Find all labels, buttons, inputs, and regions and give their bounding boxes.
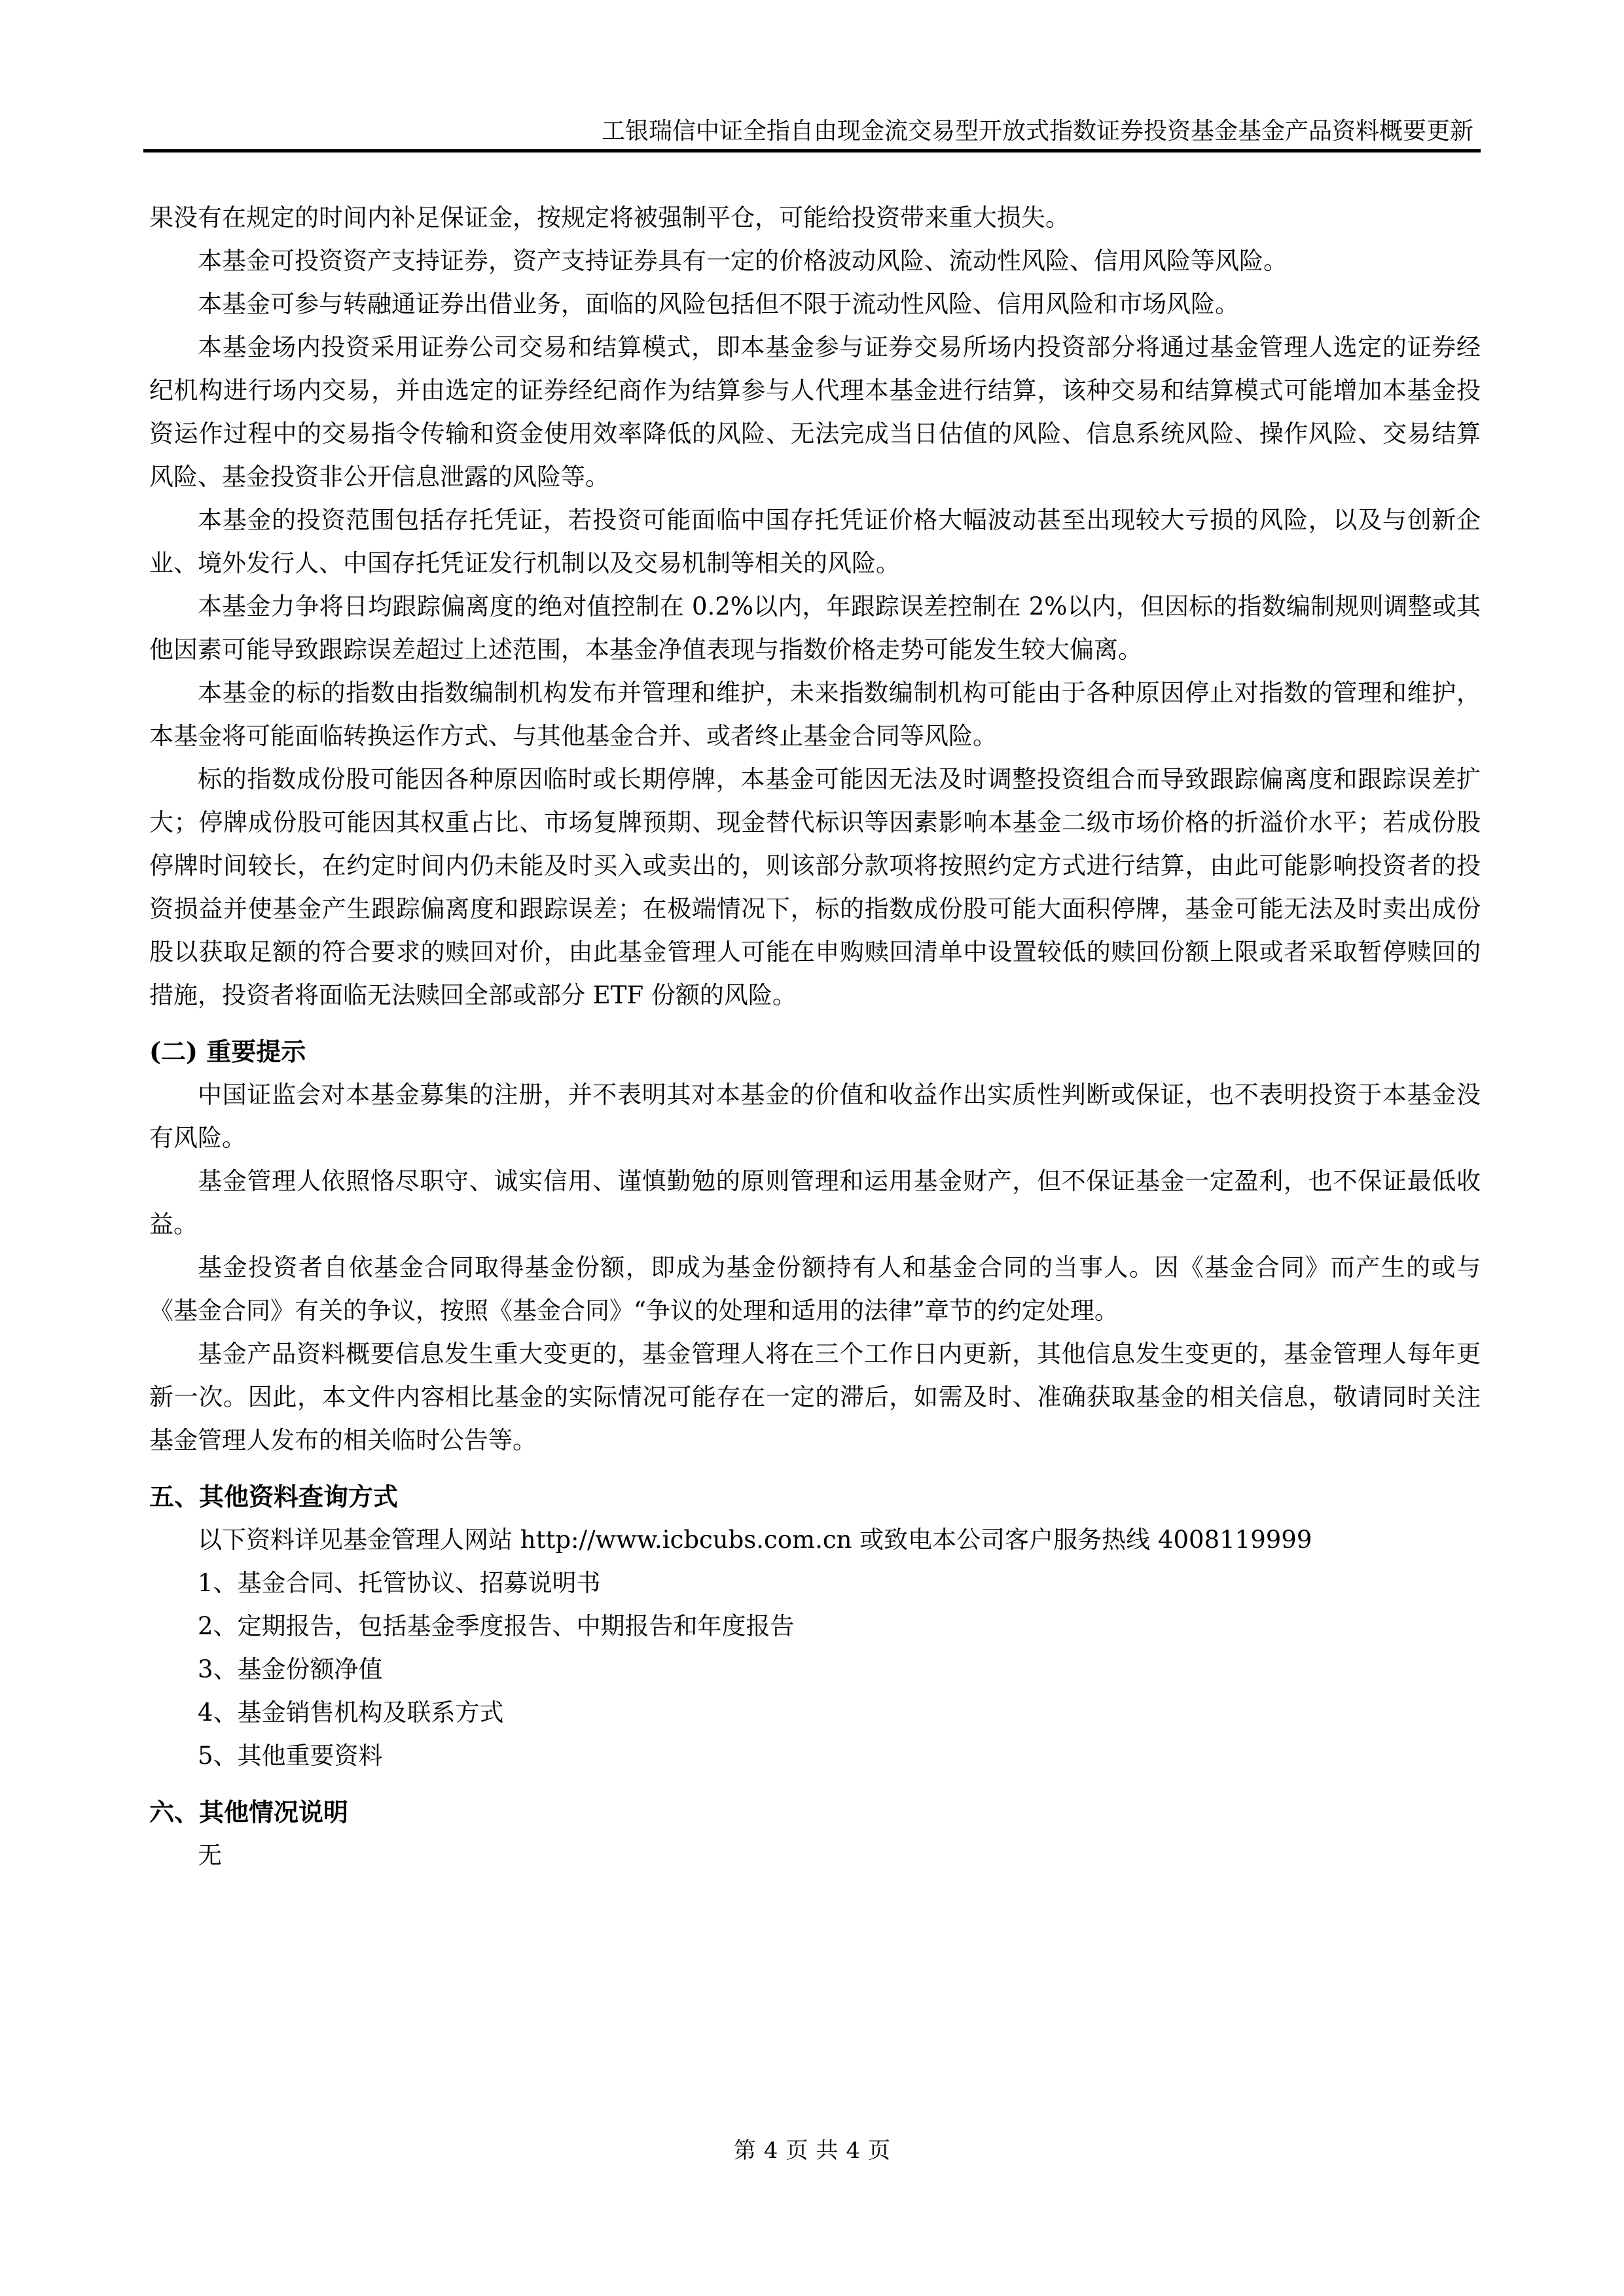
current-page-number: 4: [764, 2138, 778, 2164]
website-link[interactable]: http://www.icbcubs.com.cn: [520, 1526, 852, 1554]
list-item: 2、定期报告，包括基金季度报告、中期报告和年度报告: [149, 1605, 1481, 1648]
footer-prefix: 第: [734, 2138, 756, 2164]
footer-page-word-2: 页: [868, 2138, 890, 2164]
risk-paragraph: 本基金可投资资产支持证券，资产支持证券具有一定的价格波动风险、流动性风险、信用风…: [149, 240, 1481, 283]
hotline-number: 4008119999: [1158, 1526, 1312, 1554]
list-item: 3、基金份额净值: [149, 1648, 1481, 1691]
section-six-heading: 六、其他情况说明: [149, 1791, 1481, 1834]
contact-intro-suffix: 或致电本公司客户服务热线: [852, 1526, 1158, 1554]
header-divider: [143, 149, 1481, 152]
footer-total-word: 共: [816, 2138, 839, 2164]
risk-paragraph: 本基金力争将日均跟踪偏离度的绝对值控制在 0.2%以内，年跟踪误差控制在 2%以…: [149, 585, 1481, 672]
risk-paragraph: 标的指数成份股可能因各种原因临时或长期停牌，本基金可能因无法及时调整投资组合而导…: [149, 758, 1481, 1017]
notice-paragraph: 基金管理人依照恪尽职守、诚实信用、谨慎勤勉的原则管理和运用基金财产，但不保证基金…: [149, 1160, 1481, 1246]
notice-paragraph: 中国证监会对本基金募集的注册，并不表明其对本基金的价值和收益作出实质性判断或保证…: [149, 1073, 1481, 1160]
document-body: 果没有在规定的时间内补足保证金，按规定将被强制平仓，可能给投资带来重大损失。 本…: [149, 196, 1481, 1877]
section-six-content: 无: [149, 1834, 1481, 1877]
document-header-title: 工银瑞信中证全指自由现金流交易型开放式指数证券投资基金基金产品资料概要更新: [602, 113, 1473, 146]
list-item: 1、基金合同、托管协议、招募说明书: [149, 1562, 1481, 1605]
list-item: 4、基金销售机构及联系方式: [149, 1691, 1481, 1734]
contact-intro-prefix: 以下资料详见基金管理人网站: [198, 1526, 520, 1554]
important-notice-heading: (二) 重要提示: [149, 1030, 1481, 1073]
risk-paragraph: 本基金场内投资采用证券公司交易和结算模式，即本基金参与证券交易所场内投资部分将通…: [149, 326, 1481, 499]
risk-paragraph: 果没有在规定的时间内补足保证金，按规定将被强制平仓，可能给投资带来重大损失。: [149, 196, 1481, 240]
risk-paragraph: 本基金的标的指数由指数编制机构发布并管理和维护，未来指数编制机构可能由于各种原因…: [149, 672, 1481, 758]
footer-page-word: 页: [786, 2138, 808, 2164]
page-footer: 第4页共4页: [0, 2132, 1624, 2164]
risk-paragraph: 本基金的投资范围包括存托凭证，若投资可能面临中国存托凭证价格大幅波动甚至出现较大…: [149, 499, 1481, 585]
list-item: 5、其他重要资料: [149, 1734, 1481, 1778]
risk-paragraph: 本基金可参与转融通证券出借业务，面临的风险包括但不限于流动性风险、信用风险和市场…: [149, 283, 1481, 326]
section-five-heading: 五、其他资料查询方式: [149, 1475, 1481, 1518]
notice-paragraph: 基金投资者自依基金合同取得基金份额，即成为基金份额持有人和基金合同的当事人。因《…: [149, 1246, 1481, 1333]
contact-info: 以下资料详见基金管理人网站 http://www.icbcubs.com.cn …: [149, 1518, 1481, 1562]
total-pages-number: 4: [846, 2138, 861, 2164]
notice-paragraph: 基金产品资料概要信息发生重大变更的，基金管理人将在三个工作日内更新，其他信息发生…: [149, 1333, 1481, 1462]
